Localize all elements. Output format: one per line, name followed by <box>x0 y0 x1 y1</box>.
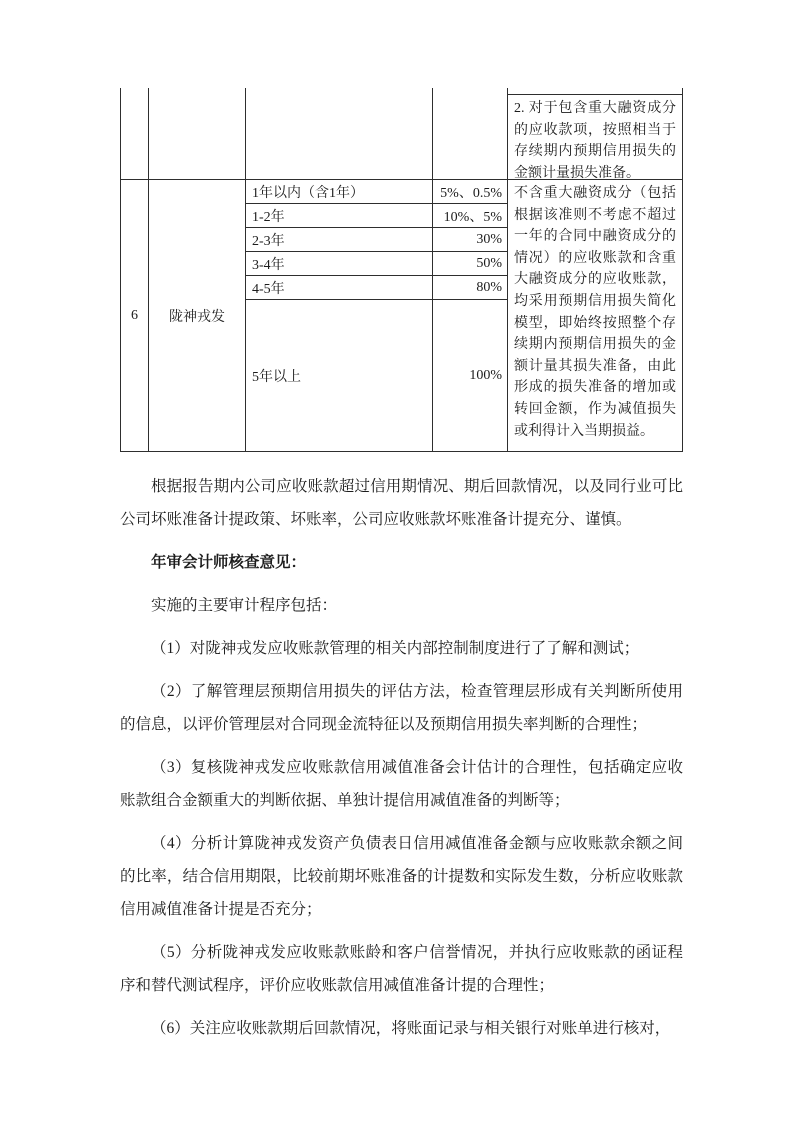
aging-ratio: 10%、5% <box>433 204 507 227</box>
body-text: 根据报告期内公司应收账款超过信用期情况、期后回款情况，以及同行业可比公司坏账准备… <box>120 470 683 1045</box>
aging-label: 2-3年 <box>246 228 433 251</box>
aging-row: 3-4年 50% <box>246 252 507 276</box>
aging-row: 1年以内（含1年） 5%、0.5% <box>246 180 507 204</box>
empty-aging-cell <box>246 88 433 179</box>
empty-index-cell <box>121 88 149 179</box>
auditor-opinion-heading: 年审会计师核查意见： <box>120 546 683 579</box>
aging-label: 3-4年 <box>246 252 433 275</box>
bad-debt-provision-table: 2. 对于包含重大融资成分的应收款项，按照相当于存续期内预期信用损失的金额计量损… <box>120 88 683 452</box>
aging-row: 4-5年 80% <box>246 276 507 300</box>
aging-ratio: 80% <box>433 276 507 299</box>
aging-label: 1年以内（含1年） <box>246 180 433 203</box>
table-continuation-row: 2. 对于包含重大融资成分的应收款项，按照相当于存续期内预期信用损失的金额计量损… <box>121 88 682 180</box>
aging-label: 5年以上 <box>246 300 433 451</box>
audit-procedure-item-1: （1）对陇神戎发应收账款管理的相关内部控制制度进行了了解和测试； <box>120 632 683 665</box>
credit-loss-policy-text: 不含重大融资成分（包括根据该准则不考虑不超过一年的合同中融资成分的情况）的应收账… <box>508 180 682 451</box>
audit-procedure-item-2: （2）了解管理层预期信用损失的评估方法，检查管理层形成有关判断所使用的信息，以评… <box>120 675 683 741</box>
paragraph-summary: 根据报告期内公司应收账款超过信用期情况、期后回款情况，以及同行业可比公司坏账准备… <box>120 470 683 536</box>
aging-label: 4-5年 <box>246 276 433 299</box>
audit-procedure-item-6: （6）关注应收账款期后回款情况，将账面记录与相关银行对账单进行核对， <box>120 1012 683 1045</box>
aging-sub-table: 1年以内（含1年） 5%、0.5% 1-2年 10%、5% 2-3年 30% 3… <box>246 180 508 451</box>
empty-company-cell <box>149 88 246 179</box>
aging-ratio: 50% <box>433 252 507 275</box>
aging-ratio: 30% <box>433 228 507 251</box>
aging-ratio: 100% <box>433 300 507 451</box>
audit-procedure-item-3: （3）复核陇神戎发应收账款信用减值准备会计估计的合理性，包括确定应收账款组合金额… <box>120 751 683 817</box>
company-name: 陇神戎发 <box>149 180 246 451</box>
aging-row: 5年以上 100% <box>246 300 507 451</box>
continuation-note-cell: 2. 对于包含重大融资成分的应收款项，按照相当于存续期内预期信用损失的金额计量损… <box>508 88 682 179</box>
audit-procedure-item-5: （5）分析陇神戎发应收账款账龄和客户信誉情况，并执行应收账款的函证程序和替代测试… <box>120 936 683 1002</box>
aging-row: 1-2年 10%、5% <box>246 204 507 228</box>
document-page: 2. 对于包含重大融资成分的应收款项，按照相当于存续期内预期信用损失的金额计量损… <box>0 0 793 1122</box>
table-row-6: 6 陇神戎发 1年以内（含1年） 5%、0.5% 1-2年 10%、5% 2-3… <box>121 180 682 451</box>
audit-procedure-item-4: （4）分析计算陇神戎发资产负债表日信用减值准备金额与应收账款余额之间的比率，结合… <box>120 827 683 926</box>
aging-row: 2-3年 30% <box>246 228 507 252</box>
row-index: 6 <box>121 180 149 451</box>
continuation-note: 2. 对于包含重大融资成分的应收款项，按照相当于存续期内预期信用损失的金额计量损… <box>508 94 682 184</box>
empty-ratio-cell <box>433 88 508 179</box>
paragraph-intro: 实施的主要审计程序包括： <box>120 589 683 622</box>
aging-ratio: 5%、0.5% <box>433 180 507 203</box>
aging-label: 1-2年 <box>246 204 433 227</box>
